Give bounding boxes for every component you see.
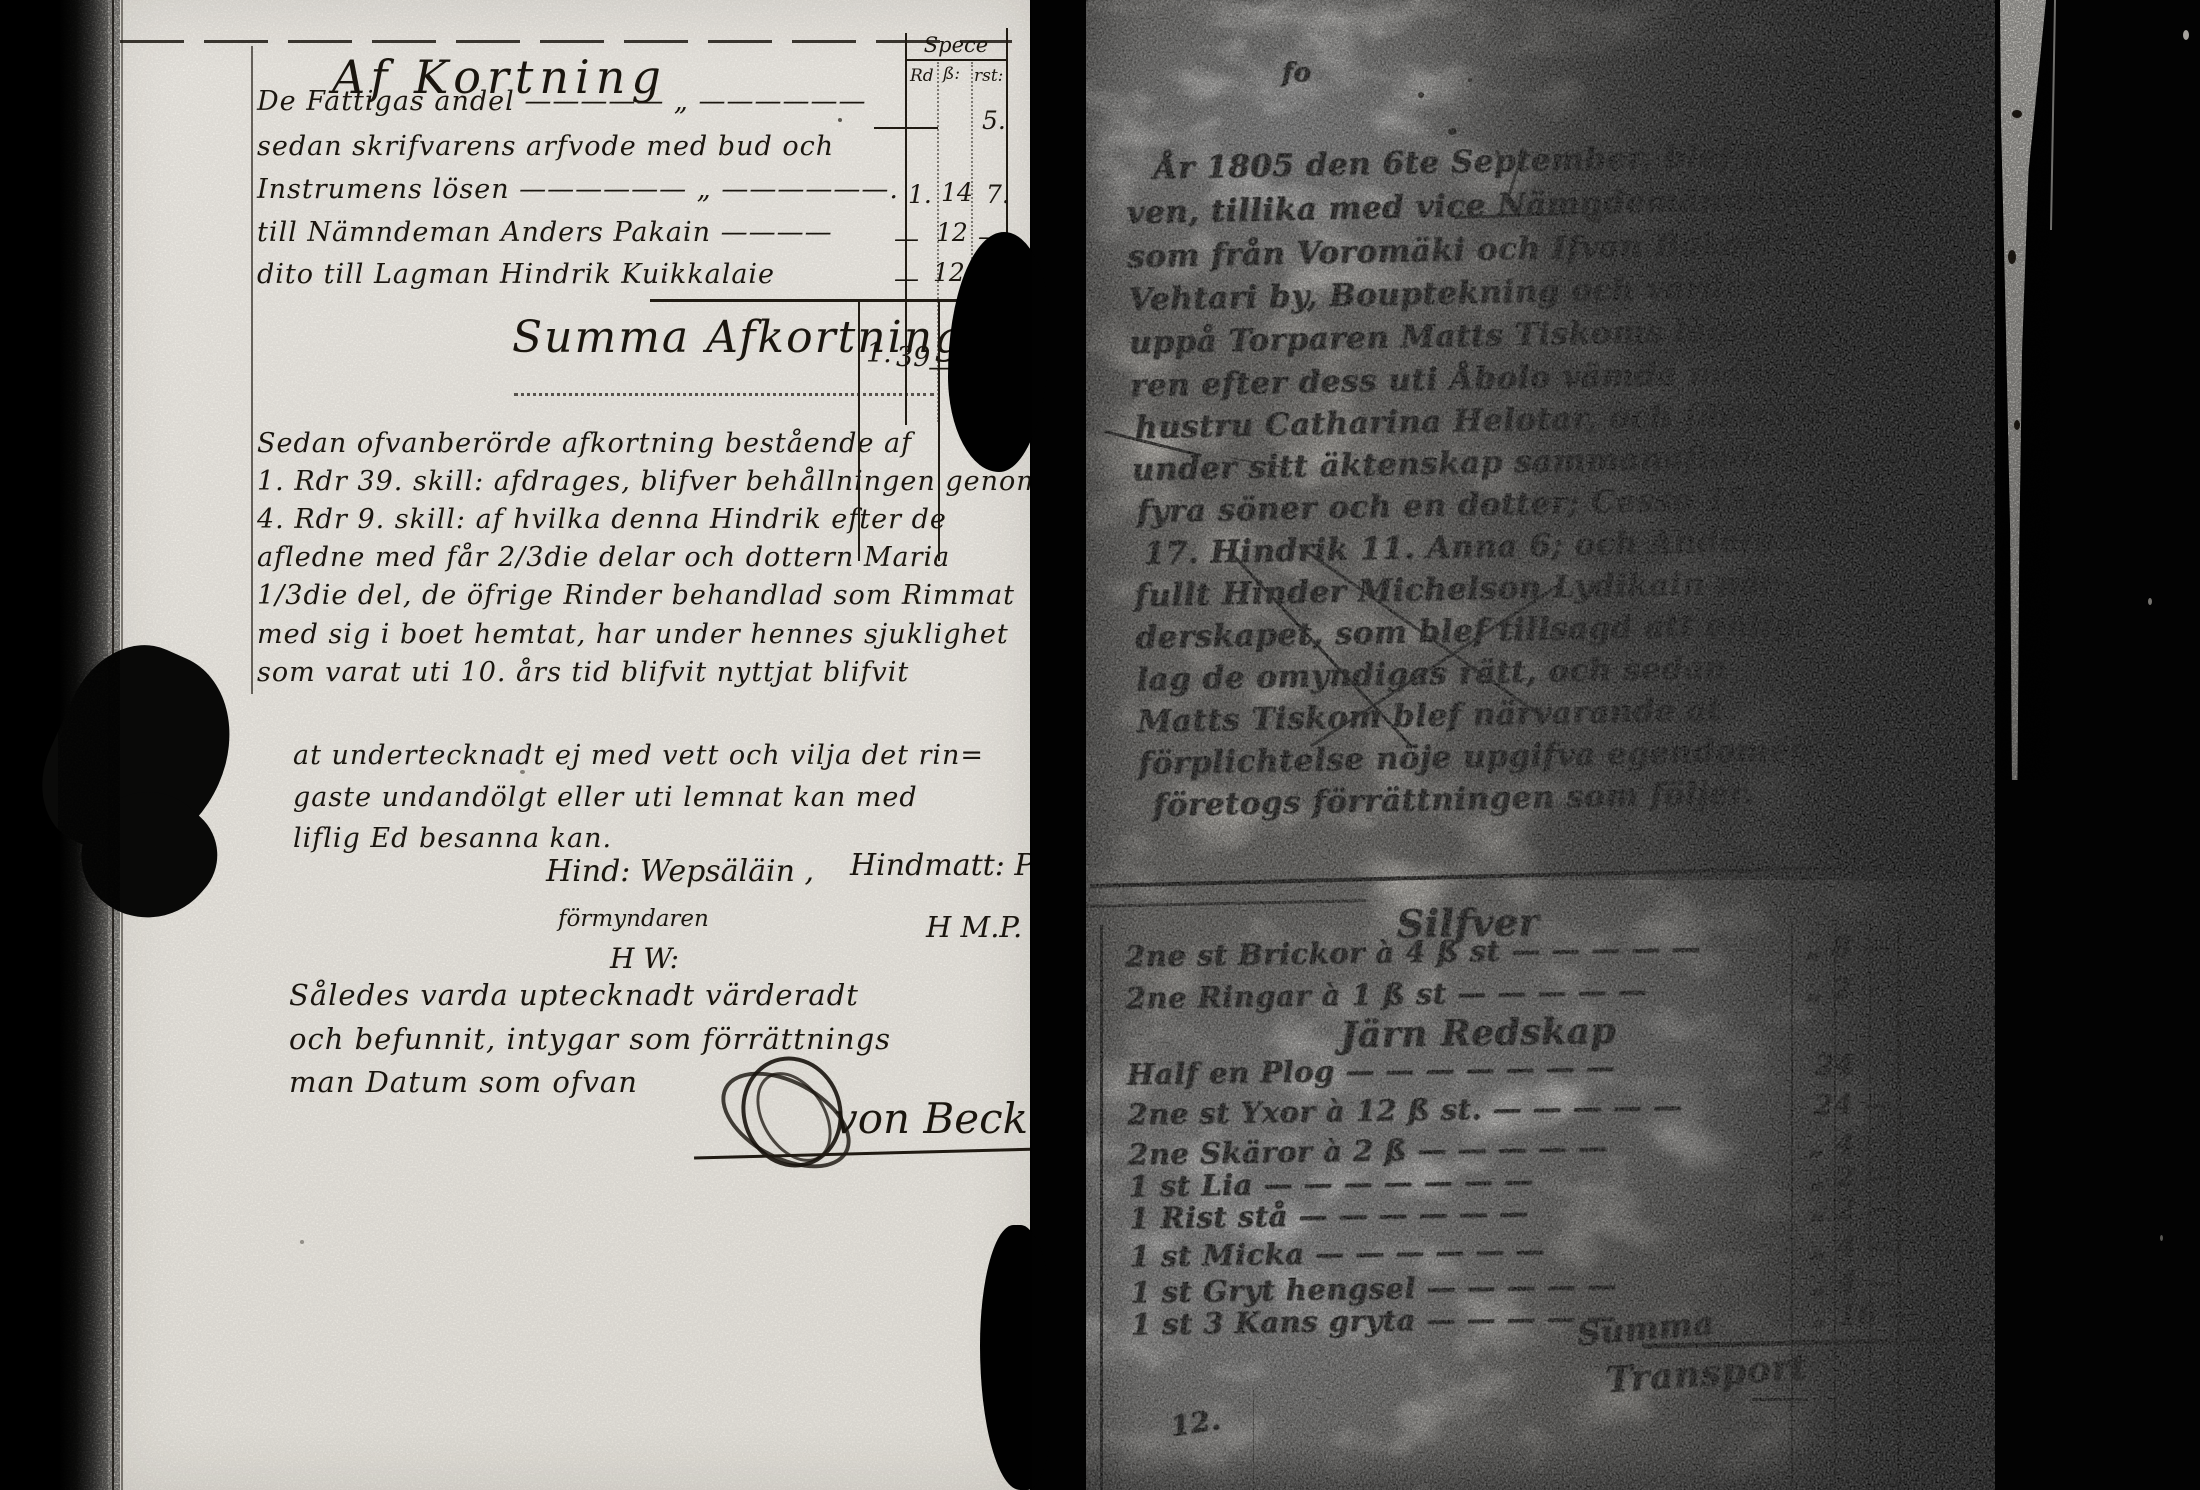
item-value: „ 4 — [1810, 1265, 1896, 1299]
row-amount-sk: 14 [941, 178, 973, 207]
money-column-line-thick [1897, 922, 1901, 1490]
inventory-item: 1 Rist stå — — — — — — [1129, 1195, 1529, 1235]
transport-label: Transport [1604, 1346, 1809, 1402]
ledger-row: Instrumens lösen —————— „ ——————. [257, 174, 899, 205]
paragraph-line: gaste undandölgt eller uti lemnat kan me… [293, 782, 918, 813]
item-value: „ 4 — [1809, 1229, 1895, 1263]
item-value: 24 — [1813, 1087, 1892, 1121]
ink-speck [520, 770, 525, 774]
witness-role: förmyndaren [558, 906, 709, 932]
corner-note: 12. [1168, 1403, 1223, 1443]
witness-mark: H M.P. [926, 910, 1022, 944]
ledger-row: sedan skrifvarens arfvode med bud och [257, 131, 834, 162]
summa-sk: 39 [896, 342, 930, 373]
row-amount-rd: — [894, 264, 919, 293]
edge-ink-mark [2014, 420, 2020, 430]
money-column-line [1970, 922, 1972, 1490]
top-rule [120, 40, 1012, 43]
item-value: „ 2 — [1809, 1191, 1895, 1225]
film-speck [2148, 598, 2152, 605]
paragraph-line: liflig Ed besanna kan. [293, 823, 612, 854]
paragraph-line: och befunnit, intygar som förrättnings [289, 1022, 891, 1056]
spece-col-rst: rst: [974, 66, 1003, 86]
summa-underline [514, 393, 934, 396]
ledger-row: till Nämndeman Anders Pakain ———— [257, 217, 833, 248]
ledger-row: De Fattigas andel ————— „ —————— [257, 86, 866, 117]
row-amount-rst: 7. [986, 180, 1010, 209]
film-speck [2160, 1235, 2163, 1241]
paragraph-line: som varat uti 10. års tid blifvit nyttja… [257, 657, 909, 688]
transport-dash [1752, 1398, 1808, 1401]
spece-col-rd: Rd [910, 66, 934, 86]
row-amount-rst: 5. [982, 106, 1006, 135]
paragraph-line: at undertecknadt ej med vett och vilja d… [293, 740, 984, 771]
paragraph-line: 4. Rdr 9. skill: af hvilka denna Hindrik… [257, 504, 947, 535]
item-value: „ 2 [1805, 972, 1852, 1006]
witness-mark: H W: [610, 942, 679, 975]
ink-speck [300, 1240, 304, 1244]
edge-ink-mark [2012, 110, 2022, 118]
paragraph-line: 1. Rdr 39. skill: afdrages, blifver behå… [257, 466, 1043, 497]
row1-column-rule [874, 127, 938, 129]
item-value: „ 2 — [1808, 1159, 1894, 1193]
faint-column-line [1253, 1390, 1254, 1490]
edge-ink-mark [2008, 250, 2016, 264]
row-amount-sk: 12 [933, 258, 965, 287]
spece-col-sk: ß: [943, 64, 960, 84]
inventory-item: 1 st Micka — — — — — — [1129, 1233, 1545, 1274]
paragraph-line: man Datum som ofvan [289, 1065, 638, 1099]
witness-signature: Hind: Wepsäläin , [546, 854, 814, 889]
ledger-row: dito till Lagman Hindrik Kuikkalaie [257, 259, 775, 290]
text-margin-line [251, 46, 253, 694]
row-amount-rd: — [894, 224, 919, 253]
item-value: „ 8 — [1805, 929, 1891, 963]
summa-rd: 1. [866, 338, 892, 369]
film-speck [2183, 30, 2189, 40]
item-value: „ 4 [1808, 1128, 1855, 1162]
spece-header: Spece [906, 33, 1006, 57]
money-column-line [1935, 922, 1937, 1490]
inventory-list: Silfver 2ne st Brickor à 4 ß st — — — — … [1086, 0, 2018, 1490]
paragraph-line: Således varda uptecknadt värderadt [289, 978, 859, 1012]
paragraph-line: afledne med får 2/3die delar och dottern… [257, 542, 950, 573]
inventory-item: 1 st 3 Kans gryta — — — — — [1131, 1300, 1617, 1342]
paragraph-line: Sedan ofvanberörde afkortning bestående … [257, 428, 912, 459]
section-heading-iron: Järn Redskap [1340, 1010, 1616, 1056]
inventory-item: 2ne Ringar à 1 ß st — — — — — [1125, 973, 1647, 1015]
inventory-item: 2ne st Yxor à 12 ß st. — — — — — [1127, 1089, 1683, 1132]
paragraph-line: 1/3die del, de öfrige Rinder behandlad s… [257, 580, 1015, 611]
spece-underline [905, 59, 1008, 61]
money-column-line [1791, 922, 1793, 1490]
inventory-item: Half en Plog — — — — — — — [1127, 1050, 1616, 1092]
archival-scan: Spece Rd ß: rst: Af Kortning De Fattigas… [0, 0, 2200, 1490]
paragraph-line: med sig i boet hemtat, har under hennes … [257, 619, 1009, 650]
row-amount-sk: 12 [936, 218, 968, 247]
money-column-line [1834, 922, 1836, 1490]
list-left-border [1100, 925, 1103, 1490]
inventory-item: 2ne st Brickor à 4 ß st — — — — — [1125, 930, 1701, 973]
ink-speck [838, 118, 842, 122]
row-amount-rd: 1. [908, 180, 932, 209]
money-column-line [1869, 922, 1871, 1490]
